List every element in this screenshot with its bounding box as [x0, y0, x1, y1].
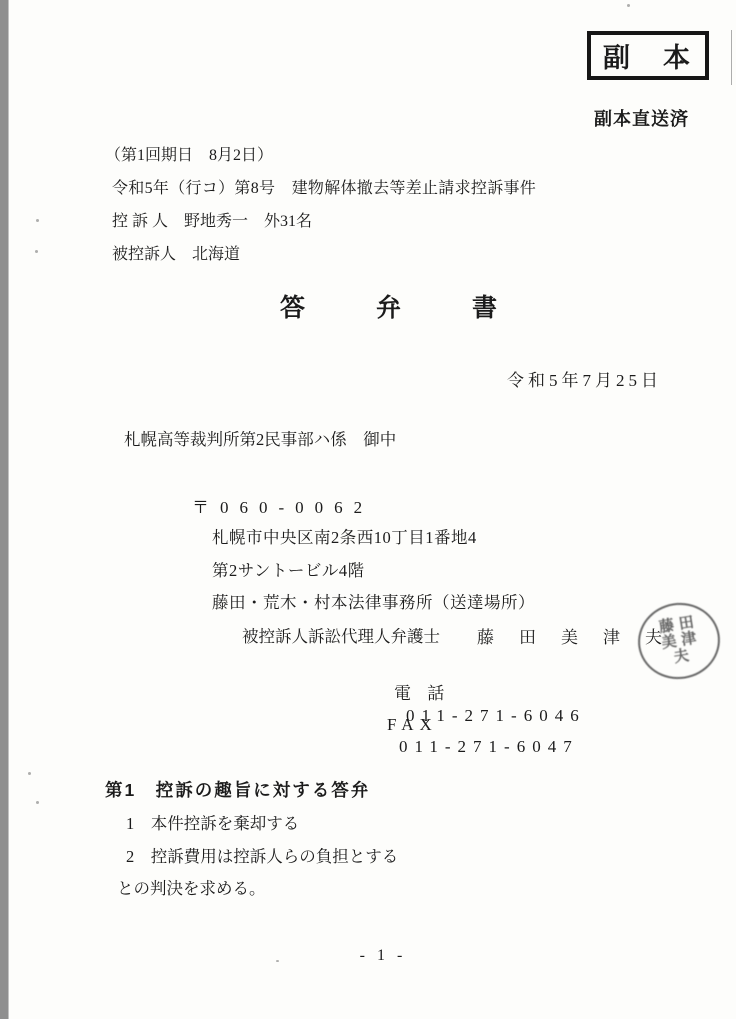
- case-number-line: 令和5年（行コ）第8号 建物解体撤去等差止請求控訴事件: [112, 179, 536, 199]
- copy-sent-note: 副本直送済: [594, 108, 689, 131]
- address-line-3: 藤田・荒木・村本法律事務所（送達場所）: [212, 593, 535, 614]
- scan-speck: [36, 801, 39, 804]
- address-line-1: 札幌市中央区南2条西10丁目1番地4: [212, 528, 477, 549]
- scan-speck: [28, 772, 31, 775]
- hearing-date-line: （第1回期日 8月2日）: [105, 146, 273, 166]
- court-addressee-line: 札幌高等裁判所第2民事部ハ係 御中: [124, 430, 396, 451]
- attorney-hanko-seal: 藤田 美津 夫: [633, 597, 726, 685]
- scan-speck: [36, 219, 39, 222]
- fax-number: 011-271-6047: [399, 737, 579, 756]
- section-heading-answer-to-appeal: 第1 控訴の趣旨に対する答弁: [105, 780, 370, 802]
- fax-label: FAX: [387, 715, 438, 734]
- copy-stamp-box: 副 本: [587, 31, 709, 80]
- appellant-line: 控 訴 人 野地秀一 外31名: [112, 212, 312, 232]
- scan-speck: [627, 4, 630, 7]
- postal-code: 〒060-0062: [192, 497, 373, 518]
- seal-row: 夫: [668, 647, 695, 667]
- scan-speck: [35, 250, 38, 253]
- page-number: - 1 -: [30, 946, 736, 966]
- scan-speck: [276, 960, 279, 962]
- copy-stamp-text: 副 本: [603, 36, 693, 75]
- scan-edge-strip: [0, 0, 9, 1019]
- petition-closing-line: との判決を求める。: [117, 879, 266, 900]
- document-title: 答 弁 書: [280, 293, 520, 324]
- fax-line: FAX 011-271-6047: [370, 693, 579, 778]
- petition-item-2: 2 控訴費用は控訴人らの負担とする: [126, 847, 398, 868]
- scan-artifact-line: [731, 30, 732, 85]
- petition-item-1: 1 本件控訴を棄却する: [126, 814, 299, 835]
- address-line-2: 第2サントービル4階: [212, 561, 365, 582]
- document-date: 令和5年7月25日: [507, 370, 662, 391]
- attorney-role-label: 被控訴人訴訟代理人弁護士: [242, 627, 440, 648]
- scanned-document-page: 副 本 副本直送済 （第1回期日 8月2日） 令和5年（行コ）第8号 建物解体撤…: [0, 0, 736, 1019]
- appellee-line: 被控訴人 北海道: [112, 245, 240, 265]
